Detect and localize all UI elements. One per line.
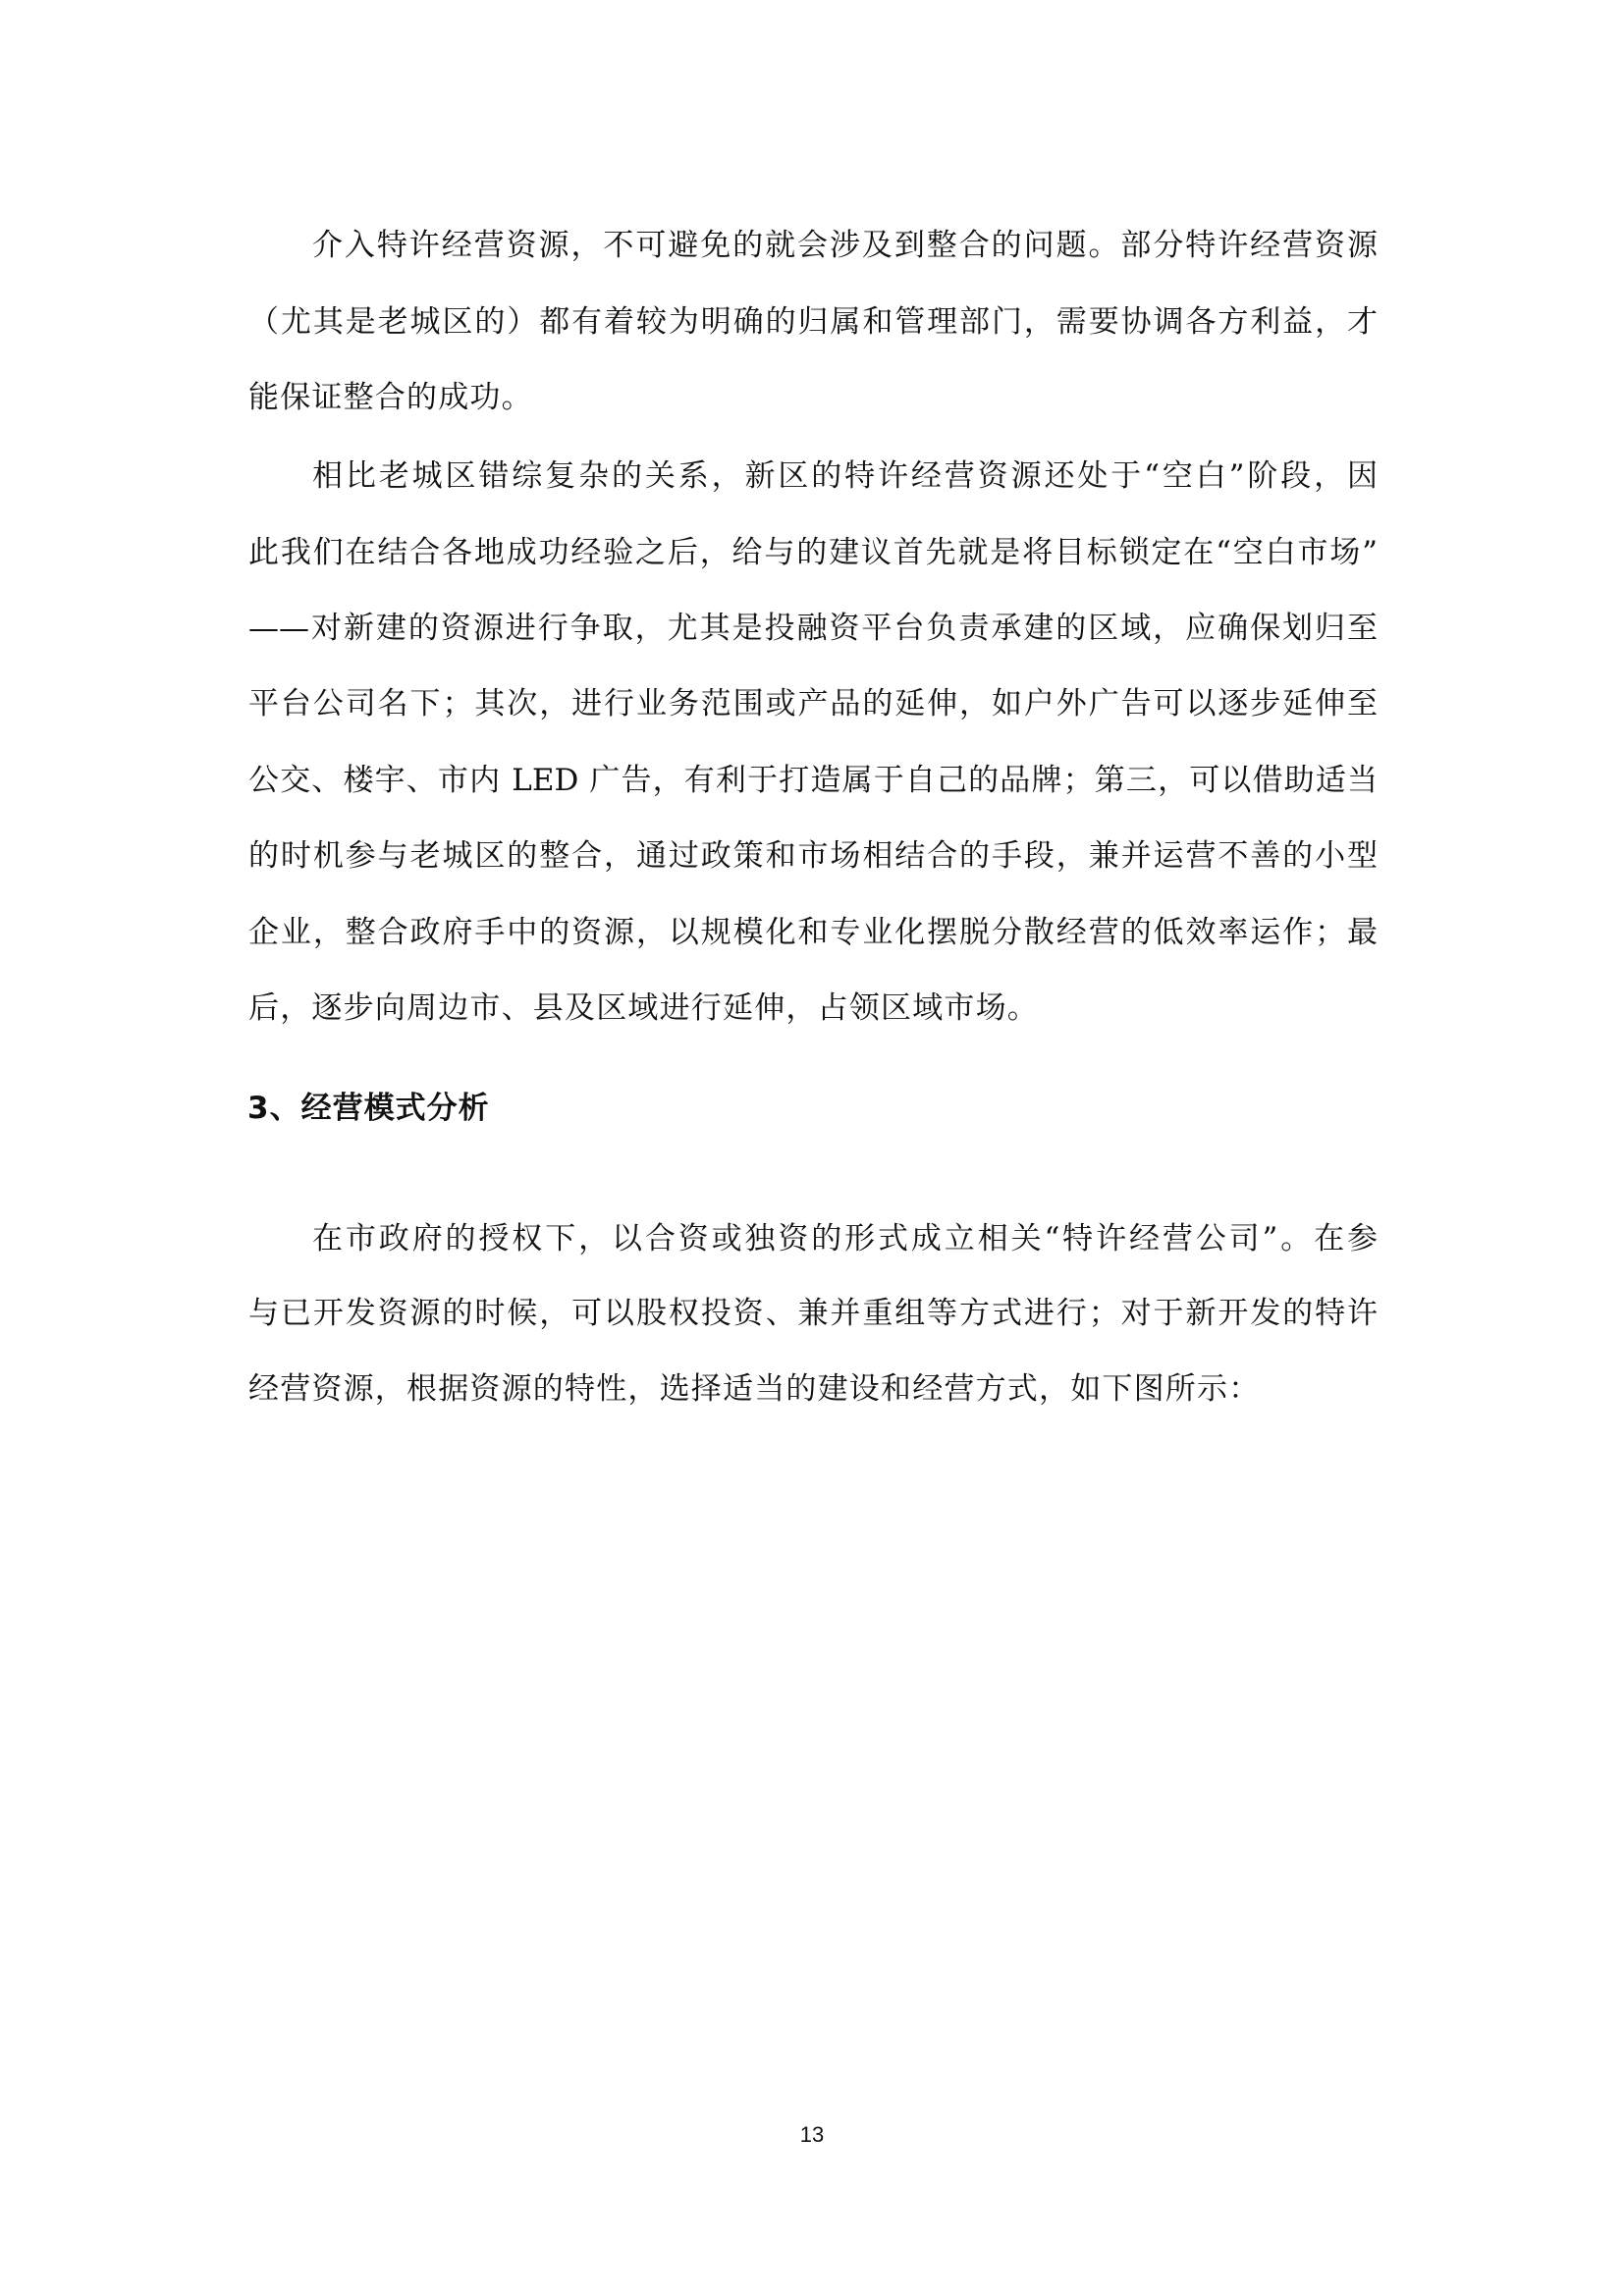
paragraph-2-line-6: 的时机参与老城区的整合，通过政策和市场相结合的手段，兼并运营不善的小型 (248, 834, 1378, 878)
paragraph-2-line-3: ——对新建的资源进行争取，尤其是投融资平台负责承建的区域，应确保划归至 (248, 607, 1378, 650)
paragraph-2-line-4: 平台公司名下；其次，进行业务范围或产品的延伸，如户外广告可以逐步延伸至 (248, 682, 1378, 725)
document-page: 介入特许经营资源，不可避免的就会涉及到整合的问题。部分特许经营资源 （尤其是老城… (0, 0, 1624, 2296)
paragraph-1-line-2: （尤其是老城区的）都有着较为明确的归属和管理部门，需要协调各方利益，才 (248, 300, 1378, 344)
paragraph-2-line-5: 公交、楼宇、市内 LED 广告，有利于打造属于自己的品牌；第三，可以借助适当 (248, 759, 1378, 802)
paragraph-2-line-2: 此我们在结合各地成功经验之后，给与的建议首先就是将目标锁定在“空白市场” (248, 531, 1378, 574)
paragraph-2-line-8: 后，逐步向周边市、县及区域进行延伸，占领区域市场。 (248, 987, 1378, 1030)
paragraph-3-line-2: 与已开发资源的时候，可以股权投资、兼并重组等方式进行；对于新开发的特许 (248, 1292, 1378, 1335)
paragraph-3-line-3: 经营资源，根据资源的特性，选择适当的建设和经营方式，如下图所示： (248, 1367, 1378, 1411)
paragraph-2-line-7: 企业，整合政府手中的资源，以规模化和专业化摆脱分散经营的低效率运作；最 (248, 911, 1378, 954)
paragraph-3-line-1: 在市政府的授权下，以合资或独资的形式成立相关“特许经营公司”。在参 (312, 1217, 1378, 1260)
page-number: 13 (0, 2120, 1624, 2150)
paragraph-1-line-1: 介入特许经营资源，不可避免的就会涉及到整合的问题。部分特许经营资源 (312, 224, 1378, 267)
paragraph-2-line-1: 相比老城区错综复杂的关系，新区的特许经营资源还处于“空白”阶段，因 (312, 454, 1378, 498)
paragraph-1-line-3: 能保证整合的成功。 (248, 376, 1378, 419)
section-heading: 3、经营模式分析 (247, 1086, 490, 1131)
